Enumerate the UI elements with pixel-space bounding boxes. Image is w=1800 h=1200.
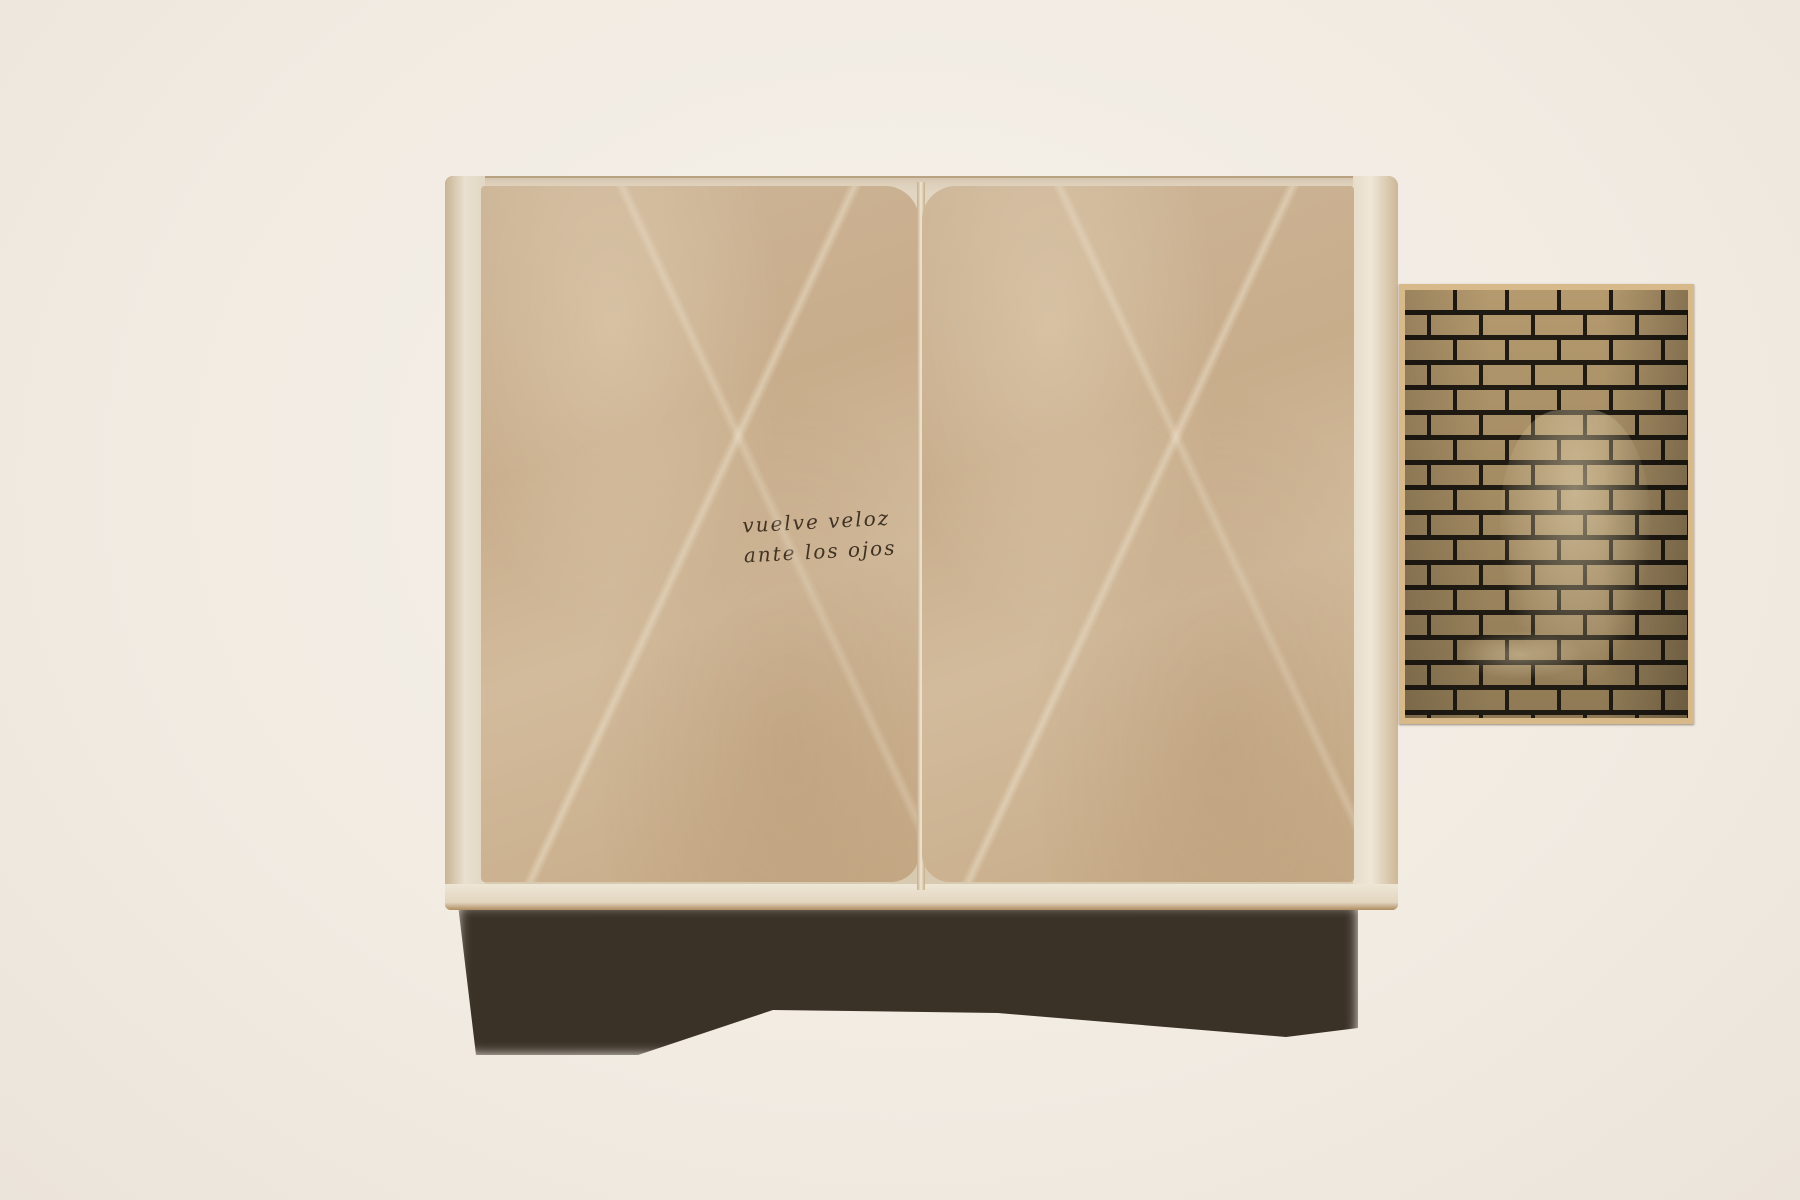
photo-vignette xyxy=(1405,290,1688,718)
mounted-photograph xyxy=(1399,284,1694,724)
brick-wall-photo-image xyxy=(1405,290,1688,718)
left-page: vuelve veloz ante los ojos xyxy=(481,186,919,882)
scene: vuelve veloz ante los ojos xyxy=(0,0,1800,1200)
handwritten-note: vuelve veloz ante los ojos xyxy=(742,502,915,571)
book-shadow xyxy=(458,905,1358,1055)
right-page xyxy=(922,186,1354,882)
book-right-edge xyxy=(1353,176,1398,910)
book-left-edge xyxy=(445,176,485,910)
open-book: vuelve veloz ante los ojos xyxy=(445,176,1398,910)
